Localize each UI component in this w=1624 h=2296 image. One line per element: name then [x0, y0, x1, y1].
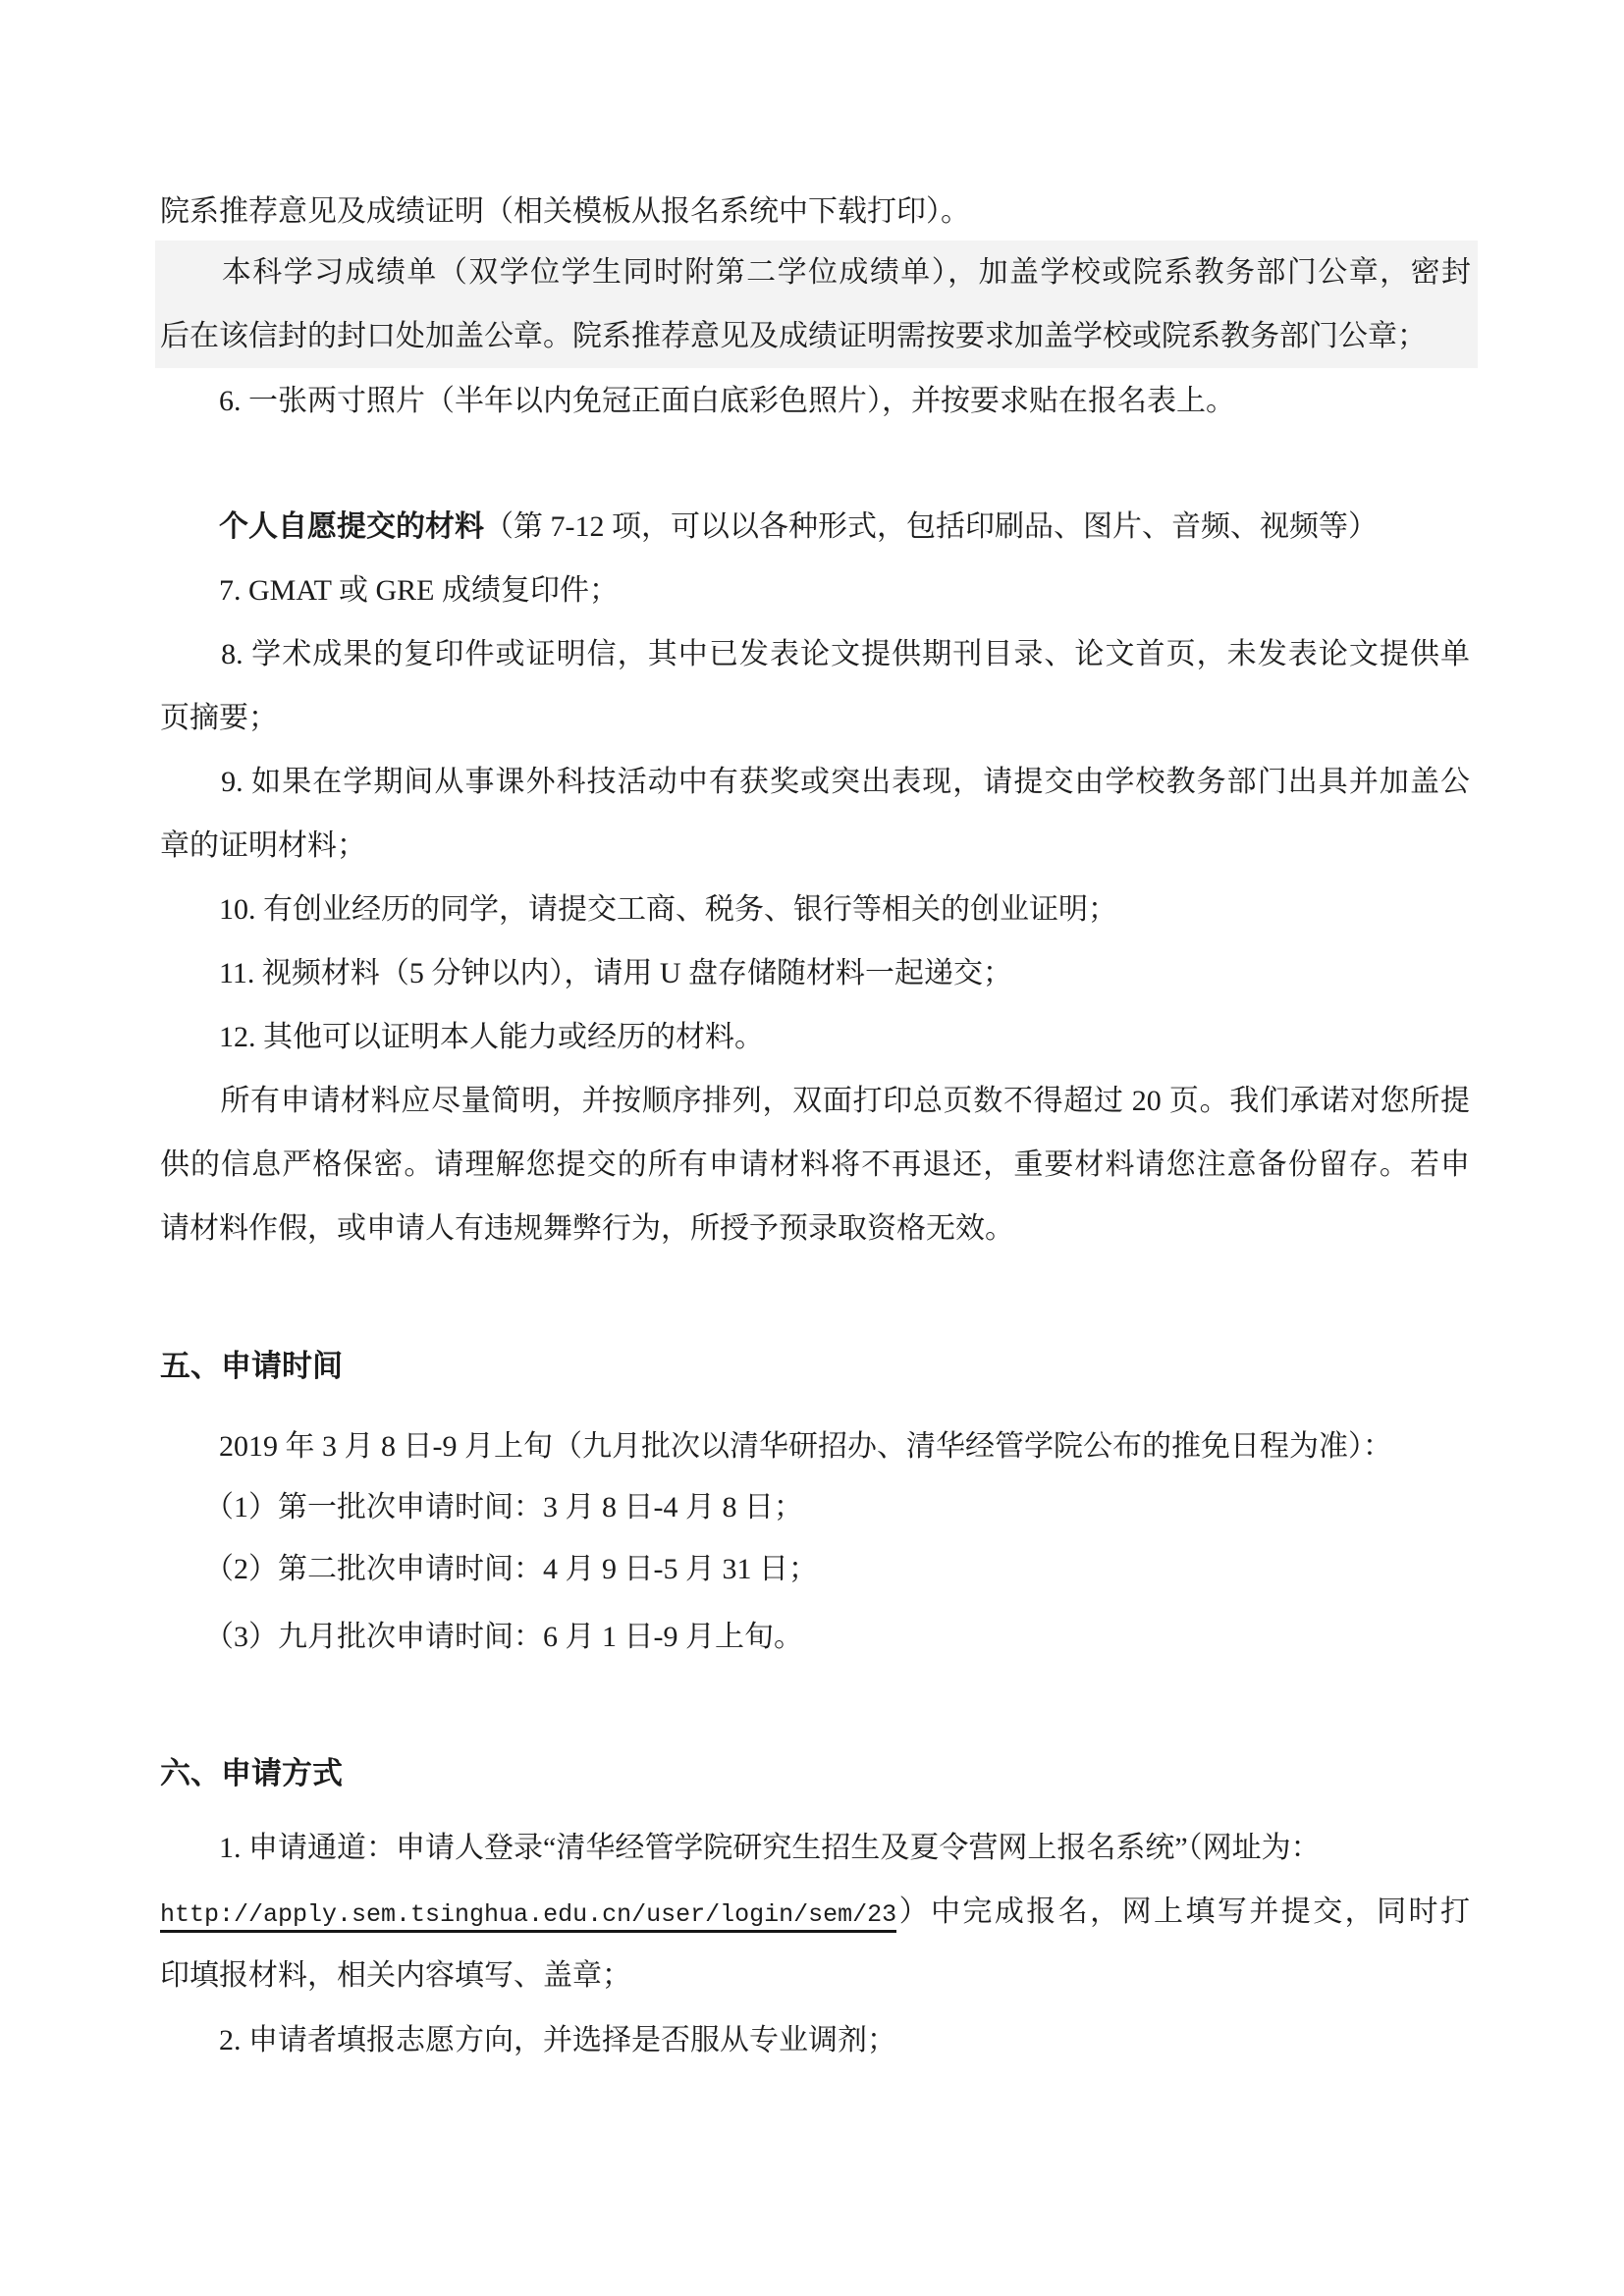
- para-application-preference: 2. 申请者填报志愿方向，并选择是否服从专业调剂；: [160, 2008, 1470, 2072]
- doc-line: 章的证明材料；: [160, 814, 1470, 878]
- list-item-7: 7. GMAT 或 GRE 成绩复印件；: [160, 559, 1470, 622]
- doc-line-highlight-1: 本科学习成绩单（双学位学生同时附第二学位成绩单），加盖学校或院系教务部门公章，密…: [160, 240, 1471, 304]
- doc-line: 所有申请材料应尽量简明，并按顺序排列，双面打印总页数不得超过 20 页。我们承诺…: [160, 1069, 1470, 1133]
- doc-line: （2）第二批次申请时间：4 月 9 日-5 月 31 日；: [160, 1537, 1470, 1601]
- para-batch-2: （2）第二批次申请时间：4 月 9 日-5 月 31 日；: [160, 1537, 1470, 1601]
- para-recommendation-note: 院系推荐意见及成绩证明（相关模板从报名系统中下载打印）。: [160, 180, 1470, 243]
- doc-line: 请材料作假，或申请人有违规舞弊行为，所授予预录取资格无效。: [160, 1197, 1470, 1260]
- list-item-8: 8. 学术成果的复印件或证明信，其中已发表论文提供期刊目录、论文首页，未发表论文…: [160, 622, 1470, 750]
- section-heading-application-method: 六、申请方式: [160, 1741, 1470, 1805]
- doc-line: 9. 如果在学期间从事课外科技活动中有获奖或突出表现，请提交由学校教务部门出具并…: [160, 750, 1470, 814]
- doc-line: 11. 视频材料（5 分钟以内），请用 U 盘存储随材料一起递交；: [160, 941, 1470, 1005]
- doc-line: 1. 申请通道：申请人登录“清华经管学院研究生招生及夏令营网上报名系统”（网址为…: [160, 1816, 1470, 1880]
- section-heading-application-time: 五、申请时间: [160, 1334, 1470, 1398]
- doc-line-highlight-2: 后在该信封的封口处加盖公章。院系推荐意见及成绩证明需按要求加盖学校或院系教务部门…: [160, 304, 1471, 368]
- doc-line: 供的信息严格保密。请理解您提交的所有申请材料将不再退还，重要材料请您注意备份留存…: [160, 1133, 1470, 1197]
- doc-line: 院系推荐意见及成绩证明（相关模板从报名系统中下载打印）。: [160, 180, 1470, 243]
- doc-line: 10. 有创业经历的同学，请提交工商、税务、银行等相关的创业证明；: [160, 878, 1470, 941]
- heading-text: 六、申请方式: [160, 1741, 1470, 1805]
- para-application-channel: 1. 申请通道：申请人登录“清华经管学院研究生招生及夏令营网上报名系统”（网址为…: [160, 1816, 1470, 2007]
- list-item-12: 12. 其他可以证明本人能力或经历的材料。: [160, 1005, 1470, 1069]
- list-item-11: 11. 视频材料（5 分钟以内），请用 U 盘存储随材料一起递交；: [160, 941, 1470, 1005]
- indent-spaces: [160, 510, 219, 543]
- list-item-9: 9. 如果在学期间从事课外科技活动中有获奖或突出表现，请提交由学校教务部门出具并…: [160, 750, 1470, 878]
- doc-line: 8. 学术成果的复印件或证明信，其中已发表论文提供期刊目录、论文首页，未发表论文…: [160, 622, 1470, 686]
- heading-text: 五、申请时间: [160, 1334, 1470, 1398]
- doc-line: 12. 其他可以证明本人能力或经历的材料。: [160, 1005, 1470, 1069]
- doc-line: 7. GMAT 或 GRE 成绩复印件；: [160, 559, 1470, 622]
- para-application-time-intro: 2019 年 3 月 8 日-9 月上旬（九月批次以清华研招办、清华经管学院公布…: [160, 1415, 1470, 1478]
- doc-line: 个人自愿提交的材料（第 7-12 项，可以以各种形式，包括印刷品、图片、音频、视…: [160, 495, 1470, 559]
- doc-line-url: http://apply.sem.tsinghua.edu.cn/user/lo…: [160, 1880, 1470, 1944]
- doc-line: 页摘要；: [160, 686, 1470, 750]
- para-voluntary-materials: 个人自愿提交的材料（第 7-12 项，可以以各种形式，包括印刷品、图片、音频、视…: [160, 495, 1470, 559]
- document-page: 院系推荐意见及成绩证明（相关模板从报名系统中下载打印）。 本科学习成绩单（双学位…: [0, 0, 1624, 2296]
- voluntary-materials-label: 个人自愿提交的材料: [219, 510, 484, 543]
- highlighted-paragraph: 本科学习成绩单（双学位学生同时附第二学位成绩单），加盖学校或院系教务部门公章，密…: [155, 240, 1478, 368]
- list-item-6: 6. 一张两寸照片（半年以内免冠正面白底彩色照片），并按要求贴在报名表上。: [160, 369, 1470, 433]
- voluntary-materials-note: （第 7-12 项，可以以各种形式，包括印刷品、图片、音频、视频等）: [484, 510, 1378, 543]
- list-item-10: 10. 有创业经历的同学，请提交工商、税务、银行等相关的创业证明；: [160, 878, 1470, 941]
- doc-line: （1）第一批次申请时间：3 月 8 日-4 月 8 日；: [160, 1475, 1470, 1539]
- doc-line: 2. 申请者填报志愿方向，并选择是否服从专业调剂；: [160, 2008, 1470, 2072]
- doc-line: （3）九月批次申请时间：6 月 1 日-9 月上旬。: [160, 1605, 1470, 1669]
- para-batch-1: （1）第一批次申请时间：3 月 8 日-4 月 8 日；: [160, 1475, 1470, 1539]
- application-url-link[interactable]: http://apply.sem.tsinghua.edu.cn/user/lo…: [160, 1900, 896, 1933]
- doc-line-url-rest: ）中完成报名，网上填写并提交，同时打: [896, 1896, 1470, 1928]
- doc-line: 6. 一张两寸照片（半年以内免冠正面白底彩色照片），并按要求贴在报名表上。: [160, 369, 1470, 433]
- doc-line: 2019 年 3 月 8 日-9 月上旬（九月批次以清华研招办、清华经管学院公布…: [160, 1415, 1470, 1478]
- doc-line: 印填报材料，相关内容填写、盖章；: [160, 1944, 1470, 2007]
- para-material-notes: 所有申请材料应尽量简明，并按顺序排列，双面打印总页数不得超过 20 页。我们承诺…: [160, 1069, 1470, 1260]
- para-batch-3: （3）九月批次申请时间：6 月 1 日-9 月上旬。: [160, 1605, 1470, 1669]
